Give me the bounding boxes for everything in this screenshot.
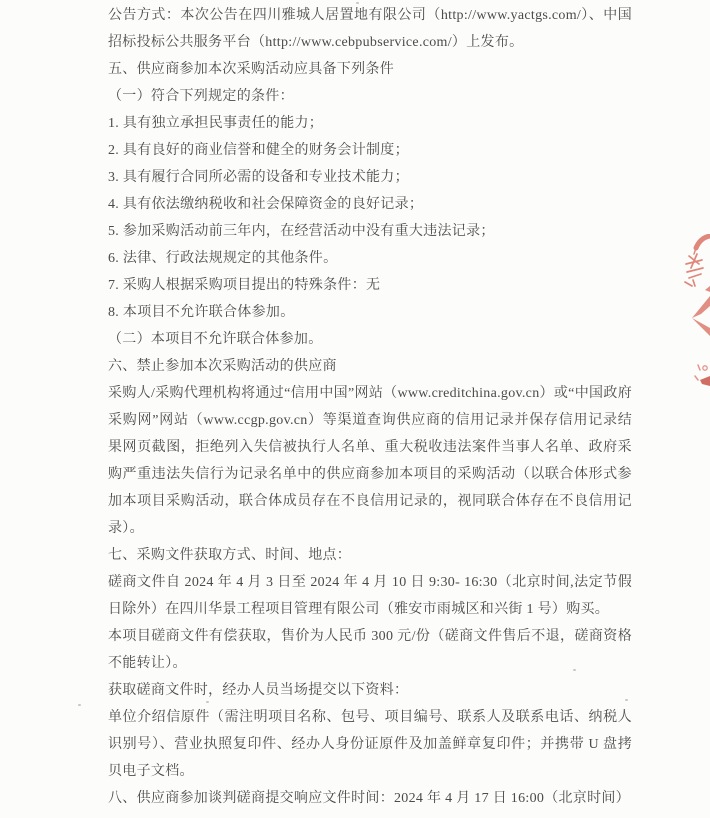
scanned-document-page: 公告方式：本次公告在四川雅城人居置地有限公司（http://www.yactgs… <box>0 0 710 818</box>
official-seal-icon <box>683 234 710 390</box>
document-price-paragraph: 本项目磋商文件有偿获取，售价为人民币 300 元/份（磋商文件售后不退，磋商资格… <box>108 623 632 677</box>
paragraph-announcement-method: 公告方式：本次公告在四川雅城人居置地有限公司（http://www.yactgs… <box>108 2 632 56</box>
credit-check-paragraph: 采购人/采购代理机构将通过“信用中国”网站（www.creditchina.go… <box>108 380 632 542</box>
condition-item-7: 7. 采购人根据采购项目提出的特殊条件：无 <box>108 272 632 299</box>
document-purchase-time-paragraph: 磋商文件自 2024 年 4 月 3 日至 2024 年 4 月 10 日 9:… <box>108 569 632 623</box>
scan-speck <box>573 669 576 671</box>
condition-item-8: 8. 本项目不允许联合体参加。 <box>108 299 632 326</box>
section-5-sub-2: （二）本项目不允许联合体参加。 <box>108 326 632 353</box>
condition-item-4: 4. 具有依法缴纳税收和社会保障资金的良好记录； <box>108 191 632 218</box>
section-8-heading: 八、供应商参加谈判磋商提交响应文件时间：2024 年 4 月 17 日 16:0… <box>108 785 632 812</box>
materials-list-paragraph: 单位介绍信原件（需注明项目名称、包号、项目编号、联系人及联系电话、纳税人识别号）… <box>108 704 632 785</box>
document-body: 公告方式：本次公告在四川雅城人居置地有限公司（http://www.yactgs… <box>108 2 632 812</box>
section-7-heading: 七、采购文件获取方式、时间、地点： <box>108 542 632 569</box>
condition-item-3: 3. 具有履行合同所必需的设备和专业技术能力； <box>108 164 632 191</box>
condition-item-1: 1. 具有独立承担民事责任的能力； <box>108 110 632 137</box>
section-5-sub-1: （一）符合下列规定的条件： <box>108 83 632 110</box>
section-6-heading: 六、禁止参加本次采购活动的供应商 <box>108 353 632 380</box>
scan-speck <box>78 704 81 706</box>
scan-speck <box>356 2 359 4</box>
condition-item-2: 2. 具有良好的商业信誉和健全的财务会计制度； <box>108 137 632 164</box>
scan-speck <box>206 701 209 703</box>
obtain-materials-intro-paragraph: 获取磋商文件时，经办人员当场提交以下资料： <box>108 677 632 704</box>
condition-item-5: 5. 参加采购活动前三年内，在经营活动中没有重大违法记录； <box>108 218 632 245</box>
condition-item-6: 6. 法律、行政法规规定的其他条件。 <box>108 245 632 272</box>
scan-speck <box>625 699 628 701</box>
section-5-heading: 五、供应商参加本次采购活动应具备下列条件 <box>108 56 632 83</box>
